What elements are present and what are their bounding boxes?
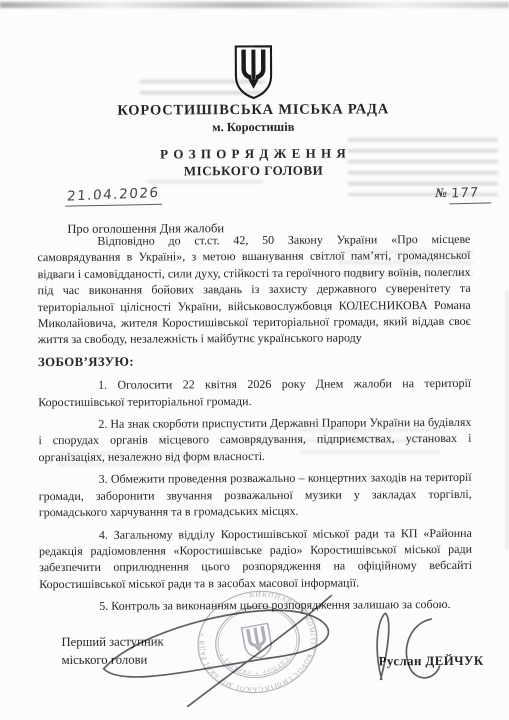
date-number-row: 21.04.2026 № 177 (0, 184, 508, 211)
org-city: м. Коростишів (0, 119, 508, 137)
document-page: КОРОСТИШІВСЬКА МІСЬКА РАДА м. Коростишів… (0, 0, 509, 720)
date-field: 21.04.2026 (66, 185, 160, 205)
document-body: Відповідно до ст.ст. 42, 50 Закону Украї… (37, 231, 472, 621)
doc-type-title: Р О З П О Р Я Д Ж Е Н Н Я (0, 145, 508, 164)
doc-subtype-title: МІСЬКОГО ГОЛОВИ (0, 162, 508, 181)
document-header: КОРОСТИШІВСЬКА МІСЬКА РАДА м. Коростишів… (0, 0, 508, 180)
org-name: КОРОСТИШІВСЬКА МІСЬКА РАДА (0, 101, 508, 121)
resolution-item: 1. Оголосити 22 квітня 2026 року Днем жа… (38, 375, 471, 410)
resolution-item: 4. Загальному відділу Коростишівської мі… (39, 524, 472, 592)
resolution-heading: ЗОБОВ’ЯЗУЮ: (38, 352, 471, 371)
signature-scribble (91, 591, 452, 715)
resolution-item: 3. Обмежити проведення розважально – кон… (39, 469, 472, 520)
date-underline (65, 204, 162, 207)
doc-number-field: № 177 (435, 184, 479, 202)
document-content: КОРОСТИШІВСЬКА МІСЬКА РАДА м. Коростишів… (0, 0, 509, 720)
number-value: 177 (451, 185, 480, 201)
number-underline (449, 202, 491, 204)
preamble-paragraph: Відповідно до ст.ст. 42, 50 Закону Украї… (37, 231, 471, 348)
resolution-item: 2. На знак скорботи приспустити Державні… (38, 414, 471, 465)
number-sign: № (435, 185, 447, 200)
coat-of-arms-icon (231, 44, 275, 100)
